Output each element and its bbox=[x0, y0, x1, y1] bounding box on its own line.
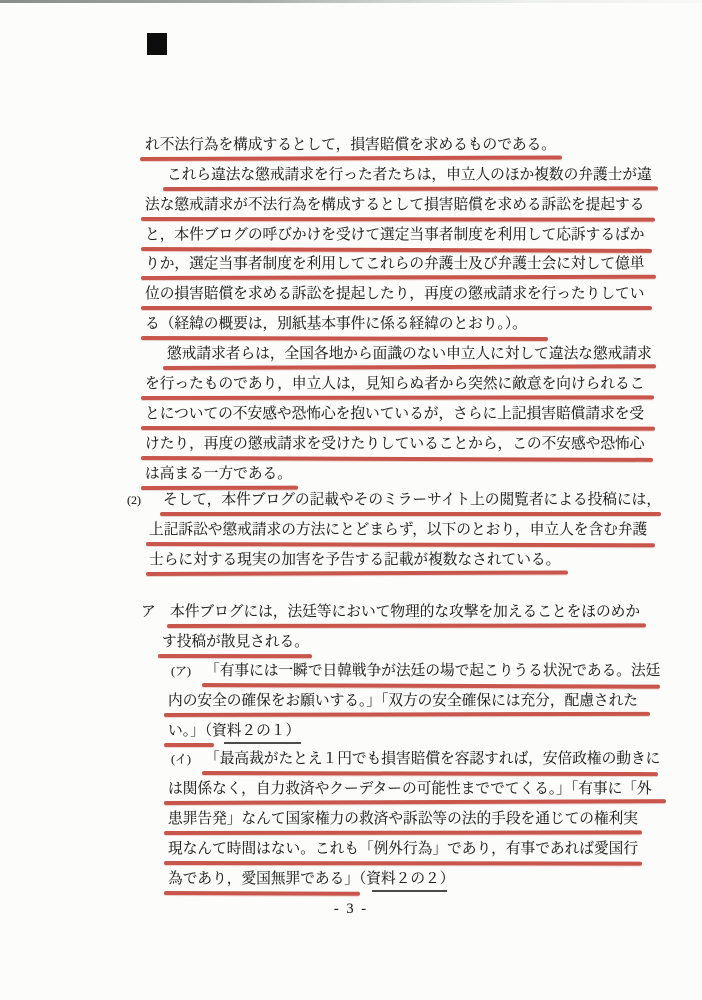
text-line: 法な懲戒請求が不法行為を構成するとして損害賠償を求める訴訟を提起する bbox=[145, 197, 644, 213]
red-underline bbox=[141, 306, 652, 310]
item-label: (2) bbox=[127, 492, 141, 508]
red-underline bbox=[163, 364, 656, 370]
red-underline bbox=[141, 336, 548, 341]
text-line: 懲戒請求者らは，全国各地から面識のない申立人に対して違法な懲戒請求 bbox=[167, 346, 652, 362]
text-line: 本件ブログには，法廷等において物理的な攻撃を加えることをほのめか bbox=[170, 604, 640, 620]
red-underline bbox=[141, 247, 652, 253]
page-number: - 3 - bbox=[0, 901, 702, 918]
text-line: す投稿が散見される。 bbox=[162, 634, 309, 650]
red-underline bbox=[202, 771, 658, 776]
text-line: そして，本件ブログの記載やそのミラーサイト上の閲覧者による投稿には， bbox=[163, 492, 661, 508]
red-underline bbox=[141, 395, 654, 400]
text-line: は関係なく，自力救済やクーデターの可能性まででてくる。」「有事に「外 bbox=[168, 781, 652, 797]
red-underline bbox=[140, 155, 562, 161]
red-underline bbox=[164, 830, 642, 835]
text-line: 為であり，愛国無罪である」（資料２の２） bbox=[168, 871, 454, 887]
red-underline bbox=[146, 542, 655, 547]
red-underline bbox=[164, 712, 650, 717]
red-underline bbox=[160, 512, 661, 516]
red-underline bbox=[164, 799, 666, 805]
text-line: これら違法な懲戒請求を行った者たちは，申立人のほか複数の弁護士が違 bbox=[167, 167, 652, 183]
red-underline bbox=[141, 486, 298, 490]
text-line: 「有事には一瞬で日韓戦争が法廷の場で起こりうる状況である。法廷 bbox=[205, 663, 660, 679]
red-underline bbox=[167, 623, 646, 628]
text-line: 内の安全の確保をお願いする。」「双方の安全確保には充分，配慮された bbox=[168, 693, 638, 709]
text-line: と，本件ブログの呼びかけを受けて選定当事者制度を利用して応訴するばか bbox=[145, 227, 644, 243]
text-line: る（経緯の概要は，別紙基本事件に係る経緯のとおり。）。 bbox=[145, 316, 527, 332]
item-label: (イ) bbox=[171, 751, 191, 767]
red-underline bbox=[202, 683, 660, 689]
text-line: れ不法行為を構成するとして，損害賠償を求めるものである。 bbox=[145, 137, 556, 153]
red-underline bbox=[141, 426, 655, 431]
red-underline bbox=[141, 217, 655, 222]
text-line: 上記訴訟や懲戒請求の方法にとどまらず，以下のとおり，申立人を含む弁護 bbox=[149, 522, 647, 538]
item-label: (ア) bbox=[171, 663, 191, 679]
text-line: 位の損害賠償を求める訴訟を提起したり，再度の懲戒請求を行ったりしてい bbox=[145, 286, 644, 302]
text-line: 士らに対する現実の加害を予告する記載が複数なされている。 bbox=[149, 552, 560, 568]
text-line: 患罪告発」なんて国家権力の救済や訴訟等の法的手段を通じての権利実 bbox=[168, 811, 638, 827]
text-line: 「最高裁がたとえ１円でも損害賠償を容認すれば，安倍政権の動きに bbox=[205, 751, 660, 767]
text-line: 現なんて時間はない。これも「例外行為」であり，有事であれば愛国行 bbox=[168, 841, 638, 857]
red-underline bbox=[164, 891, 360, 896]
text-line: とについての不安感や恐怖心を抱いているが，さらに上記損害賠償請求を受 bbox=[145, 406, 644, 422]
red-underline bbox=[146, 570, 568, 576]
red-underline bbox=[163, 186, 658, 191]
scan-edge-artifact bbox=[0, 0, 702, 3]
red-underline bbox=[141, 275, 656, 280]
text-line: りか，選定当事者制度を利用してこれらの弁護士及び弁護士会に対して億単 bbox=[145, 256, 644, 272]
scanned-document-page: れ不法行為を構成するとして，損害賠償を求めるものである。これら違法な懲戒請求を行… bbox=[0, 0, 702, 1000]
exhibit-ref-underline bbox=[224, 742, 301, 744]
red-underline bbox=[141, 456, 653, 462]
item-label: ア bbox=[141, 604, 156, 620]
text-line: を行ったものであり，申立人は，見知らぬ者から突然に敵意を向けられるこ bbox=[145, 376, 644, 392]
red-underline bbox=[164, 861, 642, 866]
text-line: けたり，再度の懲戒請求を受けたりしていることから，この不安感や恐怖心 bbox=[145, 436, 644, 452]
red-underline bbox=[158, 654, 312, 658]
scan-mark bbox=[147, 33, 167, 55]
text-line: い。」（資料２の１） bbox=[168, 723, 300, 739]
text-line: は高まる一方である。 bbox=[145, 466, 292, 482]
red-underline bbox=[164, 743, 214, 747]
exhibit-ref-underline bbox=[372, 890, 447, 892]
